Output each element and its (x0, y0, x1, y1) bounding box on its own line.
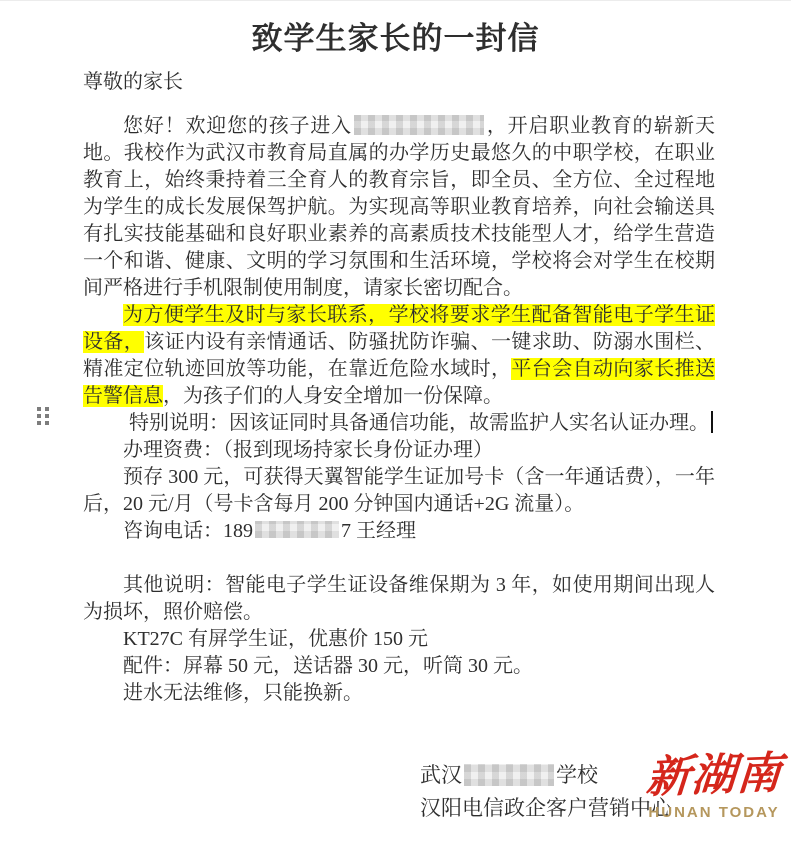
page-title: 致学生家长的一封信 (0, 19, 791, 59)
drag-handle-icon[interactable] (37, 407, 49, 425)
salutation: 尊敬的家长 (83, 70, 791, 94)
paragraph-device: 为方便学生及时与家长联系，学校将要求学生配备智能电子学生证设备，该证内设有亲情通… (83, 302, 715, 410)
paragraph-other-note: 其他说明：智能电子学生证设备维保期为 3 年，如使用期间出现人为损坏，照价赔偿。 (83, 572, 715, 626)
device-safety-text: ，为孩子们的人身安全增加一份保障。 (163, 385, 503, 407)
paragraph-water-damage: 进水无法维修，只能换新。 (83, 680, 715, 707)
paragraph-special-note: 特别说明：因该证同时具备通信功能，故需监护人实名认证办理。 (83, 410, 715, 437)
paragraph-parts: 配件：屏幕 50 元，送话器 30 元，听筒 30 元。 (83, 653, 715, 680)
text-cursor (711, 411, 713, 433)
phone-prefix: 189 (223, 520, 253, 542)
redacted-phone-digits (255, 521, 339, 538)
signature-block: 武汉学校 汉阳电信政企客户营销中心 (420, 759, 672, 825)
intro-text-before-redaction: 您好！欢迎您的孩子进入 (123, 115, 352, 137)
paragraph-price: KT27C 有屏学生证，优惠价 150 元 (83, 626, 715, 653)
signature-org-line: 汉阳电信政企客户营销中心 (420, 792, 672, 825)
paragraph-intro: 您好！欢迎您的孩子进入，开启职业教育的崭新天地。我校作为武汉市教育局直属的办学历… (83, 113, 715, 302)
letter-body: 您好！欢迎您的孩子进入，开启职业教育的崭新天地。我校作为武汉市教育局直属的办学历… (83, 113, 715, 707)
paragraph-phone: 咨询电话：1897 王经理 (83, 518, 715, 545)
redacted-school-name (354, 115, 484, 135)
intro-text-after-redaction: ，开启职业教育的崭新天地。我校作为武汉市教育局直属的办学历史最悠久的中职学校，在… (83, 115, 715, 299)
phone-label: 咨询电话： (123, 520, 223, 542)
logo-english-text: HUNAN TODAY (639, 803, 789, 823)
special-note-text: 特别说明：因该证同时具备通信功能，故需监护人实名认证办理。 (129, 412, 709, 434)
paragraph-fee-title: 办理资费：（报到现场持家长身份证办理） (83, 437, 715, 464)
signature-school-line: 武汉学校 (420, 759, 672, 792)
signature-school-prefix: 武汉 (420, 763, 462, 787)
paragraph-fee-detail: 预存 300 元，可获得天翼智能学生证加号卡（含一年通话费），一年后，20 元/… (83, 464, 715, 518)
redacted-signature-school (464, 764, 554, 786)
logo-chinese-calligraphy: 新湖南 (637, 746, 791, 805)
document-page: 致学生家长的一封信 尊敬的家长 您好！欢迎您的孩子进入，开启职业教育的崭新天地。… (0, 0, 791, 847)
signature-school-suffix: 学校 (556, 763, 598, 787)
hunan-today-logo: 新湖南 HUNAN TODAY (639, 749, 789, 823)
phone-suffix-contact: 7 王经理 (341, 520, 416, 542)
